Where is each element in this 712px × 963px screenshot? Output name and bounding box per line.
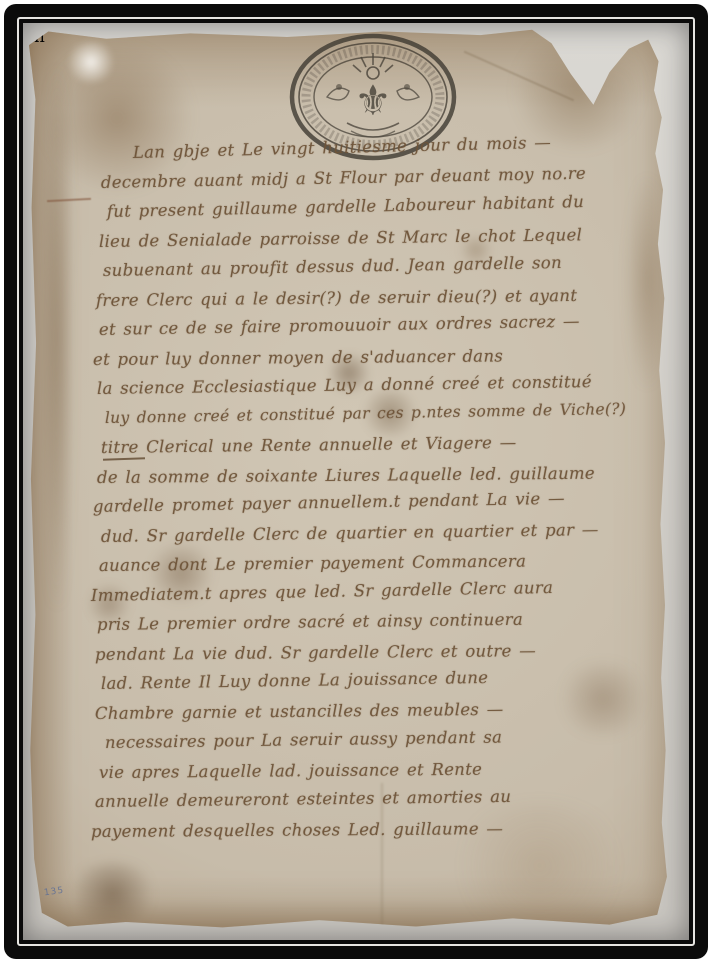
manuscript-line: pris Le premier ordre sacré et ainsy con… bbox=[97, 609, 621, 645]
stain bbox=[43, 67, 71, 607]
manuscript-line: annuelle demeureront esteintes et amorti… bbox=[95, 786, 621, 822]
stain bbox=[626, 177, 668, 387]
fleur-de-lis-glyph: ⚜ bbox=[354, 76, 392, 125]
photo-frame: ні bbox=[4, 4, 708, 959]
scratch-crease bbox=[464, 51, 574, 101]
archival-folio-mark: 135 bbox=[43, 886, 64, 899]
manuscript-line: necessaires pour La seruir aussy pendant… bbox=[105, 726, 621, 763]
frame-inner-line: ні bbox=[17, 17, 695, 946]
manuscript-line: payement desquelles choses Led. guillaum… bbox=[91, 818, 621, 851]
stain bbox=[508, 33, 648, 148]
stain bbox=[29, 901, 674, 931]
manuscript-text-block: Lan gbje et Le vingt huitiesme jour du m… bbox=[91, 143, 621, 851]
photograph: ні bbox=[23, 23, 689, 940]
stain bbox=[65, 863, 160, 925]
manuscript-line: titre Clerical une Rente annuelle et Via… bbox=[101, 432, 621, 468]
paper-damage-spot bbox=[65, 41, 117, 83]
margin-pen-dash bbox=[47, 198, 91, 202]
manuscript-paper: ні bbox=[29, 27, 674, 931]
